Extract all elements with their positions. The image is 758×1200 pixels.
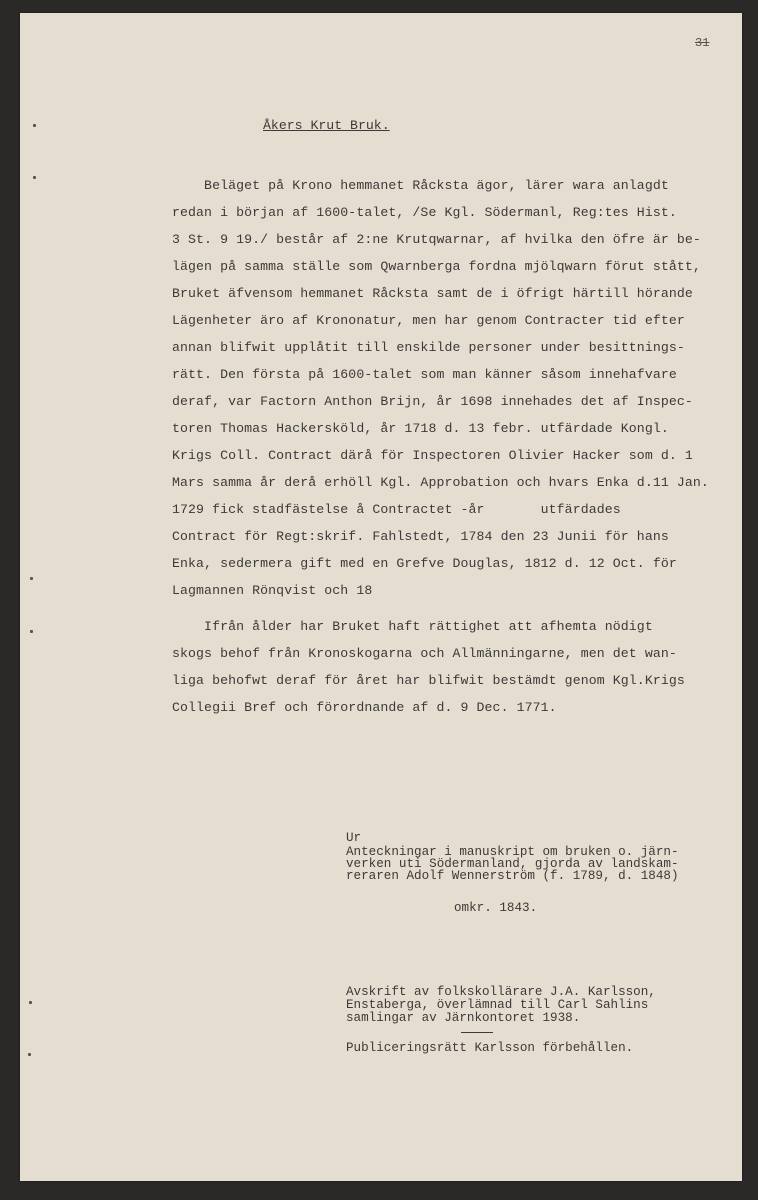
text-line: Lägenheter äro af Krononatur, men har ge…	[172, 313, 685, 328]
text-line: Ifrån ålder har Bruket haft rättighet at…	[172, 619, 653, 634]
text-line: redan i början af 1600-talet, /Se Kgl. S…	[172, 205, 677, 220]
punch-hole-mark	[33, 176, 36, 179]
rights-note: Publiceringsrätt Karlsson förbehållen.	[346, 1042, 633, 1054]
note-line: Enstaberga, överlämnad till Carl Sahlins	[346, 999, 648, 1011]
note-line: samlingar av Järnkontoret 1938.	[346, 1012, 580, 1024]
text-line: liga behofwt deraf för året har blifwit …	[172, 673, 685, 688]
note-line: Ur	[346, 832, 361, 844]
text-line: Collegii Bref och förordnande af d. 9 De…	[172, 700, 557, 715]
text-line: 1729 fick stadfästelse å Contractet -år …	[172, 502, 621, 517]
punch-hole-mark	[33, 124, 36, 127]
text-line: rätt. Den första på 1600-talet som man k…	[172, 367, 677, 382]
text-line: lägen på samma ställe som Qwarnberga for…	[172, 259, 701, 274]
text-line: toren Thomas Hackersköld, år 1718 d. 13 …	[172, 421, 669, 436]
document-title: Åkers Krut Bruk.	[263, 118, 390, 133]
note-line: Avskrift av folkskollärare J.A. Karlsson…	[346, 986, 656, 998]
note-line: reraren Adolf Wennerström (f. 1789, d. 1…	[346, 870, 679, 882]
separator-rule	[461, 1032, 493, 1033]
text-line: 3 St. 9 19./ består af 2:ne Krutqwarnar,…	[172, 232, 701, 247]
text-line: deraf, var Factorn Anthon Brijn, år 1698…	[172, 394, 693, 409]
text-line: Enka, sedermera gift med en Grefve Dougl…	[172, 556, 677, 571]
page-number: 31	[695, 36, 709, 50]
punch-hole-mark	[30, 577, 33, 580]
text-line: Mars samma år derå erhöll Kgl. Approbati…	[172, 475, 709, 490]
text-line: Beläget på Krono hemmanet Råcksta ägor, …	[172, 178, 669, 193]
text-line: Bruket äfvensom hemmanet Råcksta samt de…	[172, 286, 693, 301]
punch-hole-mark	[29, 1001, 32, 1004]
text-line: Contract för Regt:skrif. Fahlstedt, 1784…	[172, 529, 669, 544]
punch-hole-mark	[30, 630, 33, 633]
text-line: Krigs Coll. Contract därå för Inspectore…	[172, 448, 693, 463]
text-line: Lagmannen Rönqvist och 18	[172, 583, 372, 598]
text-line: annan blifwit upplåtit till enskilde per…	[172, 340, 685, 355]
text-line: skogs behof från Kronoskogarna och Allmä…	[172, 646, 677, 661]
source-date: omkr. 1843.	[454, 902, 537, 914]
punch-hole-mark	[28, 1053, 31, 1056]
